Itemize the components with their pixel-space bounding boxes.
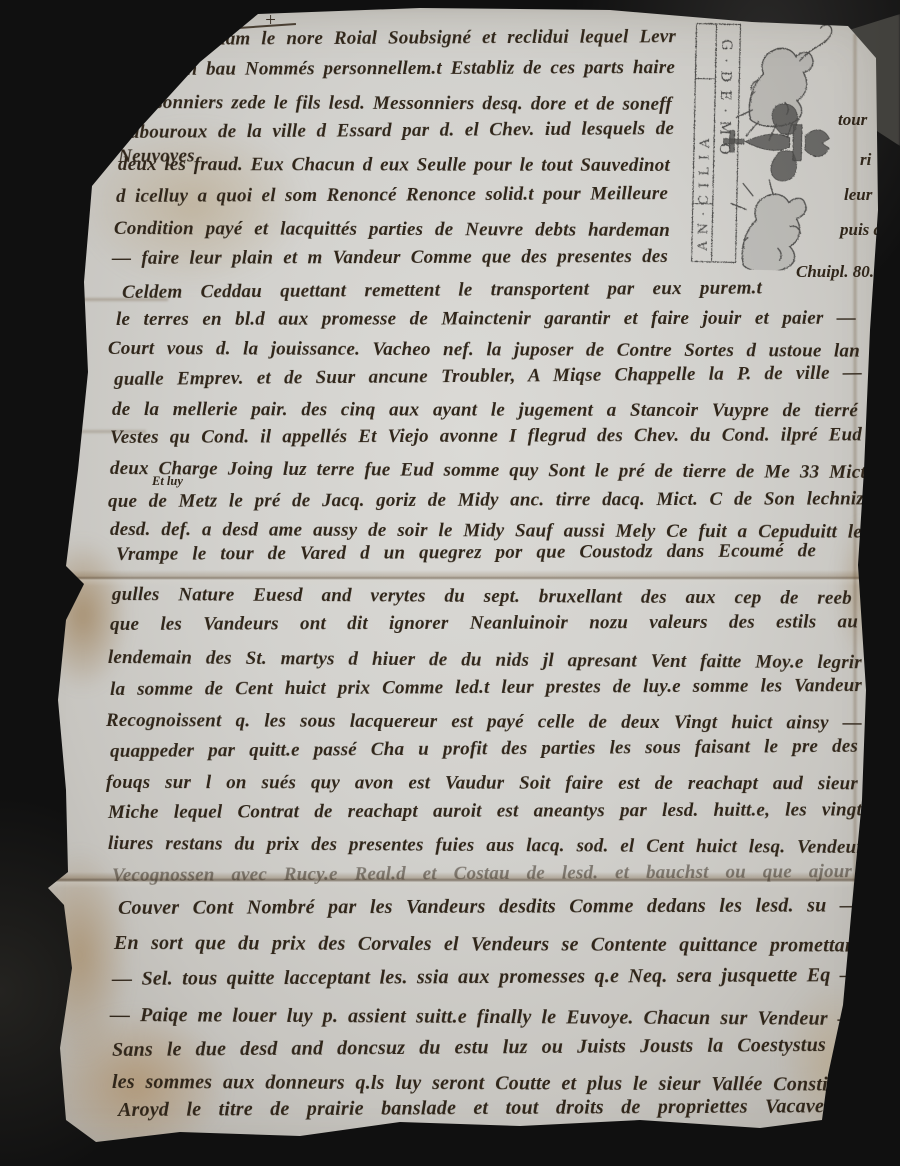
handwriting-line: le terres en bl.d aux promesse de Mainct… (116, 307, 856, 334)
handwriting-line: Aroyd le titre de prairie banslade et to… (118, 1094, 824, 1124)
handwriting-line: deux les fraud. Eux Chacun d eux Seulle … (118, 153, 670, 180)
manuscript-paper: + AN·CILIA G·DE·MO (0, 0, 900, 1166)
handwriting-line: Miche lequel Contrat de reachapt auroit … (108, 798, 862, 827)
handwriting-line: Labouroux de la ville d Essard par d. el… (118, 117, 674, 147)
handwriting-line: deux Charge Joing luz terre fue Eud somm… (110, 457, 866, 487)
handwriting-line: Recognoissent q. les sous lacquereur est… (106, 709, 862, 738)
margin-word: Chuipl. 80. (796, 262, 874, 282)
handwriting-line: En sort que du prix des Corvales el Vend… (114, 931, 862, 960)
fold-crease-corner (82, 0, 277, 28)
handwriting-line: Condition payé et lacquittés parties de … (114, 217, 670, 245)
handwriting-line: Tesmoin bau Nommés personnellem.t Establ… (130, 56, 675, 84)
handwriting-line: Messonniers zede le fils lesd. Messonnie… (122, 91, 672, 119)
handwriting-line: — Sel. tous quitte lacceptant les. ssia … (112, 963, 860, 993)
handwriting-line: Vrampe le tour de Vared d un quegrez por… (116, 539, 816, 569)
handwriting-line: d icelluy a quoi el som Renoncé Renonce … (116, 182, 668, 211)
handwriting-line: que les Vandeurs ont dit ignorer Neanlui… (110, 610, 858, 639)
handwriting-line: Court vous d. la jouissance. Vacheo nef.… (108, 337, 860, 366)
margin-word: ri (860, 150, 871, 170)
tax-stamp: AN·CILIA G·DE·MO (685, 18, 842, 271)
margin-word: leur (844, 185, 872, 205)
handwriting-line: quappeder par quitt.e passé Cha u profit… (110, 735, 858, 766)
handwriting-line: la somme de Cent huict prix Comme led.t … (110, 674, 862, 704)
handwriting-line: Vestes qu Cond. il appellés Et Viejo avo… (110, 423, 862, 452)
handwriting-line: — Paiqe me louer luy p. assient suitt.e … (110, 1003, 858, 1033)
handwriting-line: fouqs sur l on sués quy avon est Vaudur … (106, 771, 858, 798)
handwriting-line: Et aud cuam le nore Roial Soubsigné et r… (136, 25, 676, 54)
handwriting-line: que de Metz le pré de Jacq. goriz de Mid… (108, 487, 864, 516)
photo-background: { "colors": { "photo_background": "#1010… (0, 0, 900, 1166)
handwriting-line: Couver Cont Nombré par les Vandeurs desd… (118, 893, 860, 922)
handwriting-line: Sans le due desd and doncsuz du estu luz… (112, 1033, 860, 1064)
handwriting-line: Vecognossen avec Rucy.e Real.d et Costau… (112, 860, 852, 890)
interlinear-insertion: Et luy (152, 474, 183, 489)
handwriting-line: gualle Emprev. et de Suur ancune Trouble… (114, 361, 862, 394)
handwriting-line: Celdem Ceddau quettant remettent le tran… (122, 277, 762, 307)
serpent-tail-icon (800, 24, 832, 61)
lion-rampant-bottom-icon (729, 179, 806, 271)
handwriting-line: — faire leur plain et m Vandeur Comme qu… (112, 245, 668, 273)
handwriting-line: lendemain des St. martys d hiuer de du n… (108, 646, 862, 677)
stamp-band-outer-text: AN·CILIA (696, 131, 714, 251)
scan-canvas: + AN·CILIA G·DE·MO (0, 0, 900, 1166)
handwriting-line: de la mellerie pair. des cinq aux ayant … (112, 398, 858, 425)
margin-word: tour (838, 110, 867, 130)
handwriting-line: liures restans du prix des presentes fui… (108, 832, 864, 862)
margin-word: puis d. (840, 220, 886, 240)
handwriting-line: gulles Nature Euesd and verytes du sept.… (112, 583, 852, 613)
